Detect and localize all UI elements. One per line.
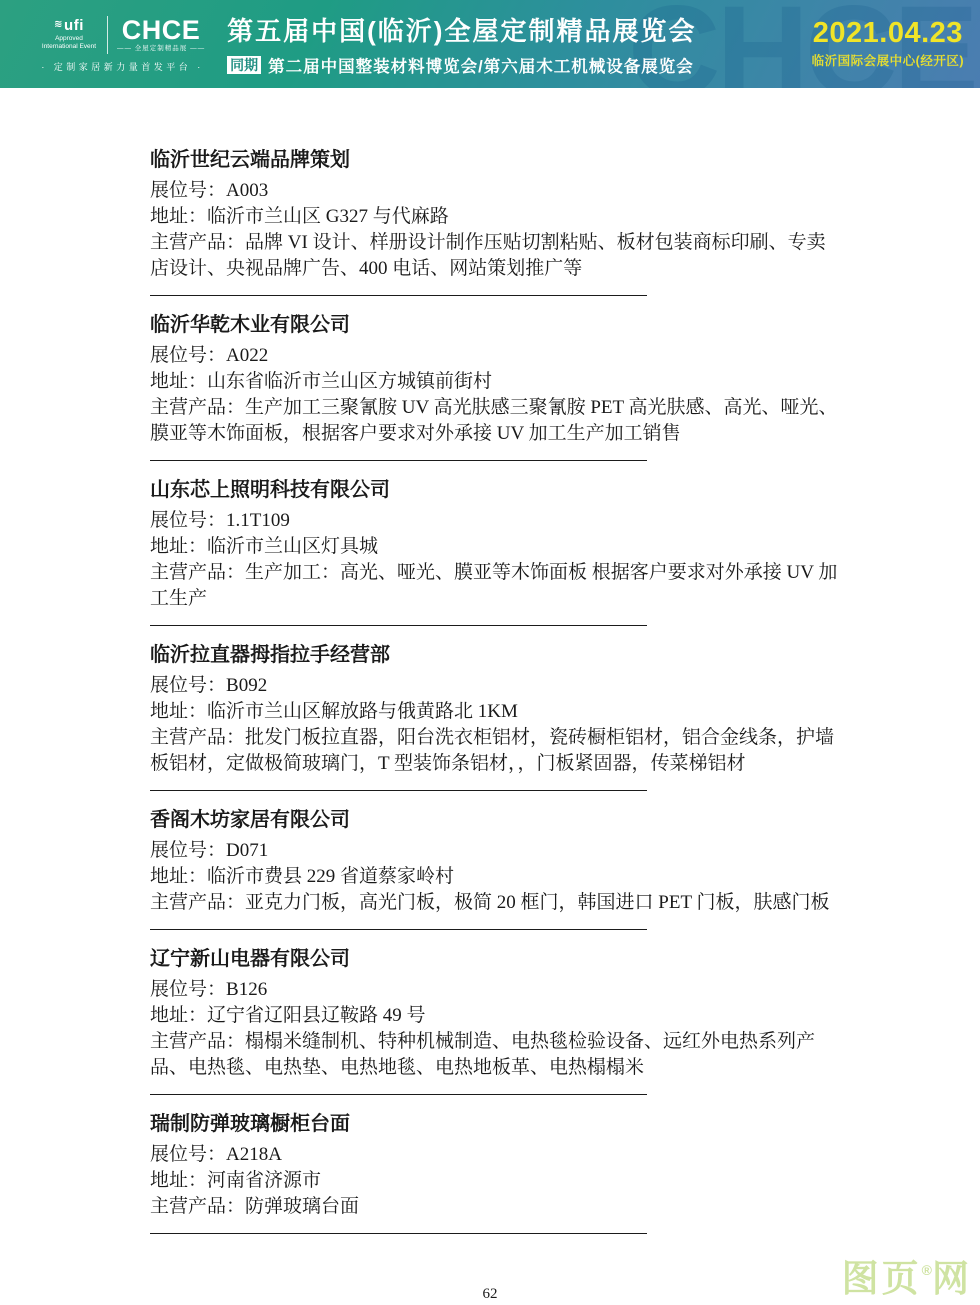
- booth-line: 展位号：D071: [150, 838, 840, 864]
- exhibitor-entry: 辽宁新山电器有限公司 展位号：B126 地址：辽宁省辽阳县辽鞍路 49 号 主营…: [150, 945, 840, 1095]
- entry-separator: [150, 1233, 647, 1234]
- booth-line: 展位号：A003: [150, 178, 840, 204]
- address-line: 地址：临沂市费县 229 省道蔡家岭村: [150, 864, 840, 890]
- booth-label: 展位号：: [150, 675, 226, 696]
- products-line: 主营产品：生产加工三聚氰胺 UV 高光肤感三聚氰胺 PET 高光肤感、高光、哑光…: [150, 395, 840, 447]
- products-label: 主营产品：: [150, 892, 245, 913]
- products-line: 主营产品：品牌 VI 设计、样册设计制作压贴切割粘贴、板材包装商标印刷、专卖店设…: [150, 230, 840, 282]
- address-line: 地址：临沂市兰山区灯具城: [150, 534, 840, 560]
- date-zone: 2021.04.23 临沂国际会展中心(经开区): [812, 18, 964, 69]
- address-line: 地址：临沂市兰山区 G327 与代麻路: [150, 204, 840, 230]
- booth-value: D071: [226, 840, 268, 861]
- logo-zone: ≋ufi Approved International Event CHCE —…: [40, 16, 205, 73]
- booth-value: A003: [226, 180, 268, 201]
- booth-line: 展位号：A218A: [150, 1142, 840, 1168]
- address-label: 地址：: [150, 536, 207, 557]
- exhibitor-entry: 临沂世纪云端品牌策划 展位号：A003 地址：临沂市兰山区 G327 与代麻路 …: [150, 146, 840, 296]
- address-value: 临沂市兰山区 G327 与代麻路: [207, 206, 449, 227]
- address-value: 河南省济源市: [207, 1170, 321, 1191]
- booth-label: 展位号：: [150, 840, 226, 861]
- products-line: 主营产品：亚克力门板，高光门板，极简 20 框门，韩国进口 PET 门板，肤感门…: [150, 890, 840, 916]
- page-number: 62: [0, 1286, 980, 1303]
- address-line: 地址：山东省临沂市兰山区方城镇前街村: [150, 369, 840, 395]
- ufi-subtext: Approved International Event: [40, 35, 98, 51]
- booth-value: A022: [226, 345, 268, 366]
- booth-label: 展位号：: [150, 979, 226, 1000]
- products-value: 批发门板拉直器，阳台洗衣柜铝材，瓷砖橱柜铝材，铝合金线条，护墙板铝材，定做极简玻…: [150, 727, 834, 774]
- site-watermark-left: 图页: [842, 1258, 922, 1299]
- products-value: 品牌 VI 设计、样册设计制作压贴切割粘贴、板材包装商标印刷、专卖店设计、央视品…: [150, 232, 826, 279]
- exhibitor-name: 辽宁新山电器有限公司: [150, 945, 840, 973]
- products-label: 主营产品：: [150, 562, 245, 583]
- entry-separator: [150, 1094, 647, 1095]
- address-line: 地址：河南省济源市: [150, 1168, 840, 1194]
- booth-label: 展位号：: [150, 180, 226, 201]
- exhibition-subtitle: 第二届中国整装材料博览会/第六届木工机械设备展览会: [268, 53, 694, 77]
- exhibition-date: 2021.04.23: [812, 18, 964, 48]
- products-value: 防弹玻璃台面: [245, 1196, 359, 1217]
- entry-separator: [150, 460, 647, 461]
- products-label: 主营产品：: [150, 232, 245, 253]
- exhibitor-name: 临沂拉直器拇指拉手经营部: [150, 641, 840, 669]
- address-value: 临沂市兰山区解放路与俄黄路北 1KM: [207, 701, 518, 722]
- booth-label: 展位号：: [150, 510, 226, 531]
- exhibitor-entry: 山东芯上照明科技有限公司 展位号：1.1T109 地址：临沂市兰山区灯具城 主营…: [150, 476, 840, 626]
- booth-value: 1.1T109: [226, 510, 290, 531]
- address-value: 山东省临沂市兰山区方城镇前街村: [207, 371, 492, 392]
- address-line: 地址：临沂市兰山区解放路与俄黄路北 1KM: [150, 699, 840, 725]
- exhibition-banner: CHCE ≋ufi Approved International Event C…: [0, 0, 980, 88]
- entry-separator: [150, 929, 647, 930]
- address-label: 地址：: [150, 206, 207, 227]
- ufi-logo: ≋ufi Approved International Event: [40, 18, 98, 51]
- exhibitor-name: 瑞制防弹玻璃橱柜台面: [150, 1110, 840, 1138]
- booth-value: A218A: [226, 1144, 282, 1165]
- address-value: 辽宁省辽阳县辽鞍路 49 号: [207, 1005, 426, 1026]
- address-value: 临沂市费县 229 省道蔡家岭村: [207, 866, 454, 887]
- exhibitor-list: 临沂世纪云端品牌策划 展位号：A003 地址：临沂市兰山区 G327 与代麻路 …: [0, 88, 980, 1234]
- ufi-brand-text: ufi: [64, 17, 84, 34]
- concurrent-badge: 同期: [227, 56, 261, 74]
- chce-logo: CHCE —— 全屋定制精品展 ——: [117, 17, 205, 53]
- products-label: 主营产品：: [150, 727, 245, 748]
- exhibition-venue: 临沂国际会展中心(经开区): [812, 51, 964, 69]
- chce-brand-text: CHCE: [117, 17, 205, 44]
- catalog-page: CHCE ≋ufi Approved International Event C…: [0, 0, 980, 1305]
- booth-label: 展位号：: [150, 1144, 226, 1165]
- address-value: 临沂市兰山区灯具城: [207, 536, 378, 557]
- logo-row: ≋ufi Approved International Event CHCE —…: [40, 16, 205, 54]
- logo-divider: [107, 16, 108, 54]
- title-zone: 第五届中国(临沂)全屋定制精品展览会 同期 第二届中国整装材料博览会/第六届木工…: [227, 11, 696, 77]
- exhibitor-entry: 临沂华乾木业有限公司 展位号：A022 地址：山东省临沂市兰山区方城镇前街村 主…: [150, 311, 840, 461]
- ufi-brand: ≋ufi: [40, 18, 98, 33]
- site-watermark: 图页®网: [842, 1260, 972, 1297]
- booth-line: 展位号：A022: [150, 343, 840, 369]
- products-label: 主营产品：: [150, 1196, 245, 1217]
- entry-separator: [150, 625, 647, 626]
- exhibition-subtitle-row: 同期 第二届中国整装材料博览会/第六届木工机械设备展览会: [227, 53, 694, 77]
- exhibitor-name: 临沂华乾木业有限公司: [150, 311, 840, 339]
- products-line: 主营产品：批发门板拉直器，阳台洗衣柜铝材，瓷砖橱柜铝材，铝合金线条，护墙板铝材，…: [150, 725, 840, 777]
- products-line: 主营产品：生产加工：高光、哑光、膜亚等木饰面板 根据客户要求对外承接 UV 加工…: [150, 560, 840, 612]
- booth-line: 展位号：B126: [150, 977, 840, 1003]
- address-label: 地址：: [150, 371, 207, 392]
- address-label: 地址：: [150, 1005, 207, 1026]
- exhibitor-entry: 香阁木坊家居有限公司 展位号：D071 地址：临沂市费县 229 省道蔡家岭村 …: [150, 806, 840, 930]
- products-value: 生产加工：高光、哑光、膜亚等木饰面板 根据客户要求对外承接 UV 加工生产: [150, 562, 837, 609]
- booth-line: 展位号：B092: [150, 673, 840, 699]
- entry-separator: [150, 295, 647, 296]
- site-watermark-right: 网: [932, 1258, 972, 1299]
- products-label: 主营产品：: [150, 397, 245, 418]
- products-line: 主营产品：防弹玻璃台面: [150, 1194, 840, 1220]
- registered-mark-icon: ®: [922, 1262, 932, 1278]
- booth-value: B092: [226, 675, 267, 696]
- booth-line: 展位号：1.1T109: [150, 508, 840, 534]
- address-label: 地址：: [150, 701, 207, 722]
- products-value: 榻榻米缝制机、特种机械制造、电热毯检验设备、远红外电热系列产品、电热毯、电热垫、…: [150, 1031, 815, 1078]
- booth-value: B126: [226, 979, 267, 1000]
- address-label: 地址：: [150, 1170, 207, 1191]
- banner-tagline: · 定制家居新力量首发平台 ·: [41, 60, 204, 73]
- exhibition-title: 第五届中国(临沂)全屋定制精品展览会: [227, 11, 696, 48]
- booth-label: 展位号：: [150, 345, 226, 366]
- address-label: 地址：: [150, 866, 207, 887]
- exhibitor-name: 山东芯上照明科技有限公司: [150, 476, 840, 504]
- exhibitor-name: 临沂世纪云端品牌策划: [150, 146, 840, 174]
- exhibitor-name: 香阁木坊家居有限公司: [150, 806, 840, 834]
- products-line: 主营产品：榻榻米缝制机、特种机械制造、电热毯检验设备、远红外电热系列产品、电热毯…: [150, 1029, 840, 1081]
- address-line: 地址：辽宁省辽阳县辽鞍路 49 号: [150, 1003, 840, 1029]
- entry-separator: [150, 790, 647, 791]
- products-label: 主营产品：: [150, 1031, 245, 1052]
- products-value: 生产加工三聚氰胺 UV 高光肤感三聚氰胺 PET 高光肤感、高光、哑光、膜亚等木…: [150, 397, 838, 444]
- chce-subtext: —— 全屋定制精品展 ——: [117, 46, 205, 53]
- exhibitor-entry: 瑞制防弹玻璃橱柜台面 展位号：A218A 地址：河南省济源市 主营产品：防弹玻璃…: [150, 1110, 840, 1234]
- ufi-wave-icon: ≋: [54, 19, 63, 30]
- exhibitor-entry: 临沂拉直器拇指拉手经营部 展位号：B092 地址：临沂市兰山区解放路与俄黄路北 …: [150, 641, 840, 791]
- products-value: 亚克力门板，高光门板，极简 20 框门，韩国进口 PET 门板，肤感门板: [245, 892, 829, 913]
